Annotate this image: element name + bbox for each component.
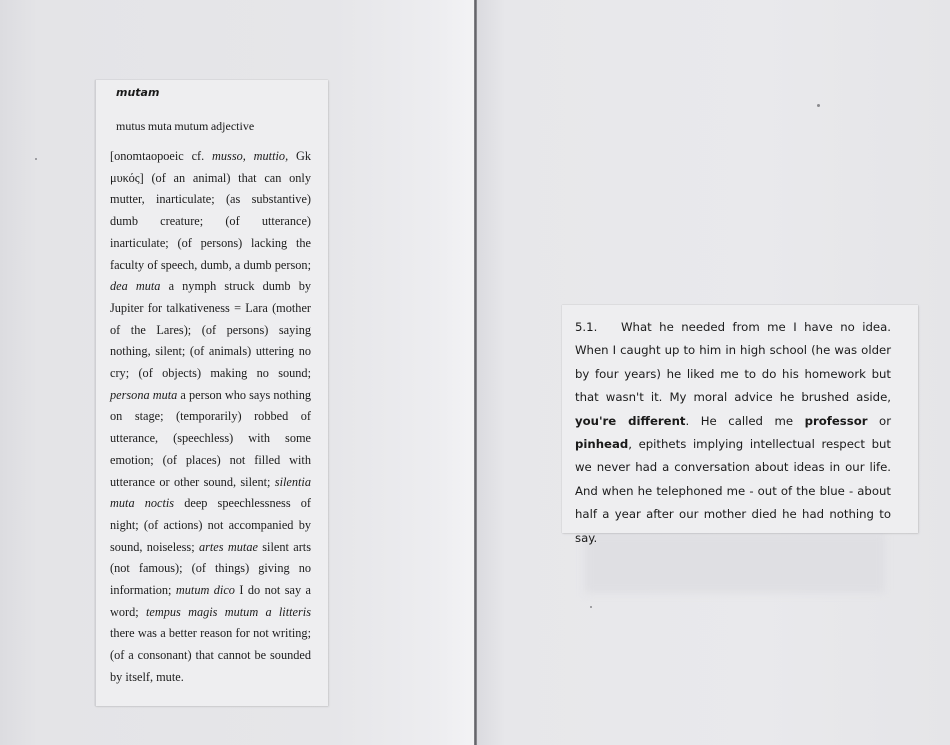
latin-phrase: persona muta: [110, 388, 177, 402]
entry-forms: mutus muta mutum adjective: [116, 119, 254, 134]
paper-speck: [35, 158, 37, 160]
passage-sentence: . He called me: [686, 414, 805, 428]
emphasized-phrase: pinhead: [575, 437, 628, 451]
definition-text: Gk μυκός] (of an animal) that can only m…: [110, 149, 311, 272]
dictionary-entry-slip: mutam mutus muta mutum adjective [onomta…: [95, 80, 328, 706]
definition-text: there was a better reason for not writin…: [110, 626, 311, 683]
passage-sentence: , epithets implying intellectual respect…: [575, 437, 891, 545]
paper-speck: [817, 104, 820, 107]
emphasized-phrase: you're different: [575, 414, 686, 428]
passage-sentence: What he needed from me I have no idea. W…: [575, 320, 891, 404]
latin-phrase: tempus magis mutum a litteris: [146, 605, 311, 619]
latin-phrase: artes mutae: [199, 540, 258, 554]
passage-number: 5.1.: [575, 316, 621, 339]
definition-text: a person who says nothing on stage; (tem…: [110, 388, 311, 489]
entry-headword: mutam: [116, 86, 159, 99]
definition-text: [onomtaopoeic cf.: [110, 149, 212, 163]
latin-phrase: mutum dico: [176, 583, 235, 597]
left-page: mutam mutus muta mutum adjective [onomta…: [0, 0, 475, 745]
passage-slip: 5.1.What he needed from me I have no ide…: [562, 305, 918, 533]
emphasized-phrase: professor: [805, 414, 868, 428]
passage-text: 5.1.What he needed from me I have no ide…: [575, 316, 891, 550]
definition-text: a nymph struck dumb by Jupiter for talka…: [110, 279, 311, 380]
latin-phrase: dea muta: [110, 279, 160, 293]
entry-definition: [onomtaopoeic cf. musso, muttio, Gk μυκό…: [110, 146, 311, 689]
latin-phrase: musso, muttio,: [212, 149, 288, 163]
passage-sentence: or: [868, 414, 892, 428]
paper-speck: [590, 606, 592, 608]
